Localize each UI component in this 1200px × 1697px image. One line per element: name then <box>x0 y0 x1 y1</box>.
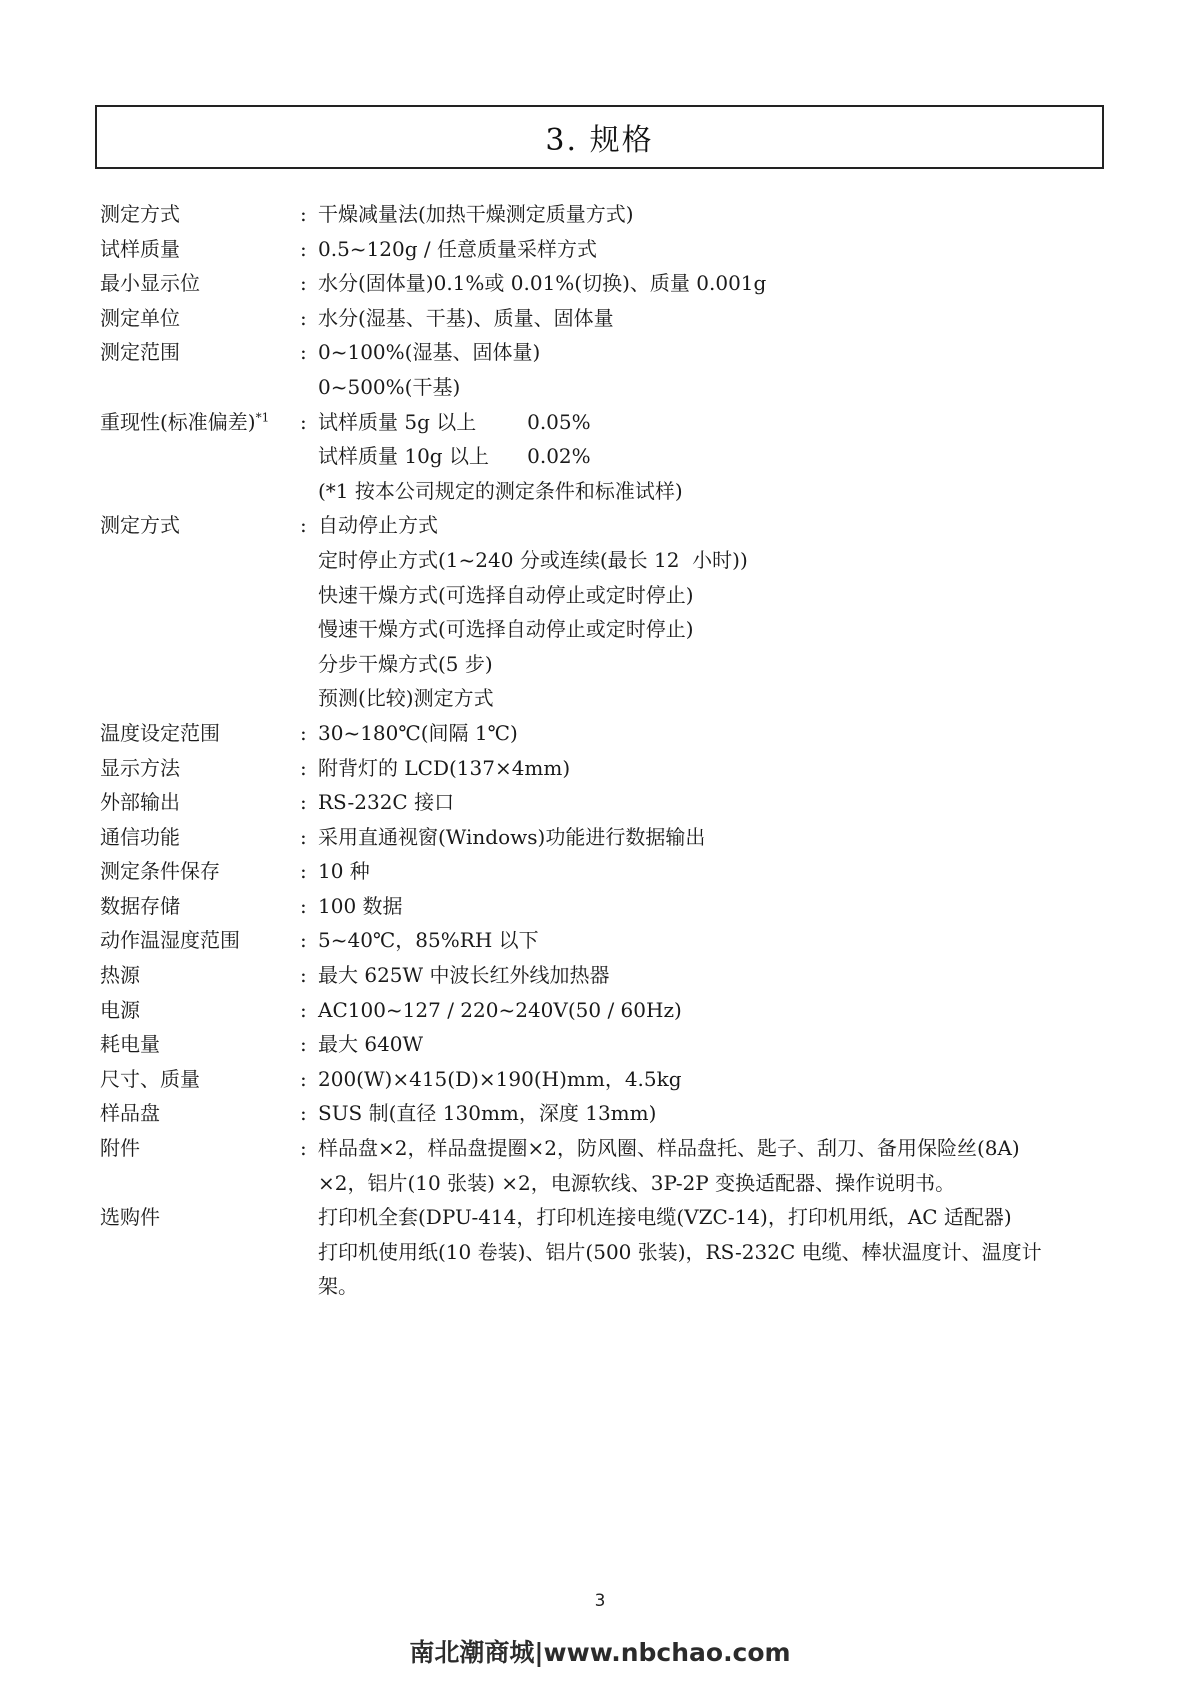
spec-value-line: 0~100%(湿基、固体量) <box>318 335 1112 370</box>
spec-value: 样品盘×2，样品盘提圈×2，防风圈、样品盘托、匙子、刮刀、备用保险丝(8A)×2… <box>318 1131 1112 1200</box>
spec-label: 显示方法 <box>100 751 300 786</box>
spec-row: 尺寸、质量 : 200(W)×415(D)×190(H)mm，4.5kg <box>100 1062 1112 1097</box>
spec-label: 选购件 <box>100 1200 300 1235</box>
spec-colon: : <box>300 232 318 267</box>
spec-colon: : <box>300 993 318 1028</box>
spec-value-line: (*1 按本公司规定的测定条件和标准试样) <box>318 474 1112 509</box>
spec-colon: : <box>300 335 318 370</box>
spec-value-line: 0~500%(干基) <box>318 370 1112 405</box>
spec-value: 最大 625W 中波长红外线加热器 <box>318 958 1112 993</box>
spec-colon: : <box>300 958 318 993</box>
section-title: 3. 规格 <box>545 115 653 159</box>
spec-value: 200(W)×415(D)×190(H)mm，4.5kg <box>318 1062 1112 1097</box>
spec-colon: : <box>300 197 318 232</box>
spec-label: 最小显示位 <box>100 266 300 301</box>
spec-label: 动作温湿度范围 <box>100 923 300 958</box>
spec-value: 附背灯的 LCD(137×4mm) <box>318 751 1112 786</box>
spec-value-line: 分步干燥方式(5 步) <box>318 647 1112 682</box>
spec-colon: : <box>300 785 318 820</box>
spec-value-line: 样品盘×2，样品盘提圈×2，防风圈、样品盘托、匙子、刮刀、备用保险丝(8A) <box>318 1131 1112 1166</box>
spec-value-line: RS-232C 接口 <box>318 785 1112 820</box>
spec-value-line: SUS 制(直径 130mm，深度 13mm) <box>318 1096 1112 1131</box>
spec-value: SUS 制(直径 130mm，深度 13mm) <box>318 1096 1112 1131</box>
spec-value-line: 采用直通视窗(Windows)功能进行数据输出 <box>318 820 1112 855</box>
spec-value-line: 自动停止方式 <box>318 508 1112 543</box>
spec-value-line: 打印机使用纸(10 卷装)、铝片(500 张装)，RS-232C 电缆、棒状温度… <box>318 1235 1112 1270</box>
spec-row: 电源 : AC100~127 / 220~240V(50 / 60Hz) <box>100 993 1112 1028</box>
spec-colon: : <box>300 1096 318 1131</box>
spec-value-line: 快速干燥方式(可选择自动停止或定时停止) <box>318 578 1112 613</box>
spec-colon: : <box>300 1027 318 1062</box>
spec-value-line: 最大 625W 中波长红外线加热器 <box>318 958 1112 993</box>
spec-value: 打印机全套(DPU-414，打印机连接电缆(VZC-14)，打印机用纸，AC 适… <box>318 1200 1112 1304</box>
spec-value-line: 水分(湿基、干基)、质量、固体量 <box>318 301 1112 336</box>
spec-row: 显示方法 : 附背灯的 LCD(137×4mm) <box>100 751 1112 786</box>
spec-value-line: 干燥减量法(加热干燥测定质量方式) <box>318 197 1112 232</box>
spec-row: 测定方式 : 干燥减量法(加热干燥测定质量方式) <box>100 197 1112 232</box>
spec-row: 测定范围 : 0~100%(湿基、固体量)0~500%(干基) <box>100 335 1112 404</box>
spec-value: 0~100%(湿基、固体量)0~500%(干基) <box>318 335 1112 404</box>
spec-row: 数据存储 : 100 数据 <box>100 889 1112 924</box>
spec-label: 测定范围 <box>100 335 300 370</box>
spec-list: 测定方式 : 干燥减量法(加热干燥测定质量方式) 试样质量 : 0.5~120g… <box>100 197 1112 1304</box>
spec-row: 耗电量 : 最大 640W <box>100 1027 1112 1062</box>
spec-colon: : <box>300 266 318 301</box>
spec-colon: : <box>300 716 318 751</box>
spec-value-line: 架。 <box>318 1269 1112 1304</box>
spec-label: 测定方式 <box>100 508 300 543</box>
page-number: 3 <box>0 1591 1200 1611</box>
spec-label: 测定方式 <box>100 197 300 232</box>
spec-value: 水分(固体量)0.1%或 0.01%(切换)、质量 0.001g <box>318 266 1112 301</box>
spec-value: 水分(湿基、干基)、质量、固体量 <box>318 301 1112 336</box>
spec-row: 温度设定范围 : 30~180℃(间隔 1℃) <box>100 716 1112 751</box>
spec-value: 100 数据 <box>318 889 1112 924</box>
spec-row: 测定方式 : 自动停止方式定时停止方式(1~240 分或连续(最长 12 小时)… <box>100 508 1112 716</box>
spec-value-line: 10 种 <box>318 854 1112 889</box>
spec-label: 测定单位 <box>100 301 300 336</box>
spec-row: 外部输出 : RS-232C 接口 <box>100 785 1112 820</box>
document-page: 3. 规格 测定方式 : 干燥减量法(加热干燥测定质量方式) 试样质量 : 0.… <box>0 0 1200 1697</box>
spec-label: 电源 <box>100 993 300 1028</box>
spec-label: 热源 <box>100 958 300 993</box>
spec-value: 采用直通视窗(Windows)功能进行数据输出 <box>318 820 1112 855</box>
section-title-box: 3. 规格 <box>95 105 1104 169</box>
spec-row: 试样质量 : 0.5~120g / 任意质量采样方式 <box>100 232 1112 267</box>
spec-value: 5~40℃，85%RH 以下 <box>318 923 1112 958</box>
footer-watermark: 南北潮商城|www.nbchao.com <box>0 1633 1200 1669</box>
spec-value: 30~180℃(间隔 1℃) <box>318 716 1112 751</box>
spec-colon: : <box>300 751 318 786</box>
spec-value-line: 定时停止方式(1~240 分或连续(最长 12 小时)) <box>318 543 1112 578</box>
spec-row: 测定单位 : 水分(湿基、干基)、质量、固体量 <box>100 301 1112 336</box>
spec-row: 重现性(标准偏差)*1 : 试样质量 5g 以上 0.05%试样质量 10g 以… <box>100 405 1112 509</box>
spec-row: 最小显示位 : 水分(固体量)0.1%或 0.01%(切换)、质量 0.001g <box>100 266 1112 301</box>
spec-row: 动作温湿度范围 : 5~40℃，85%RH 以下 <box>100 923 1112 958</box>
spec-value-line: 试样质量 10g 以上 0.02% <box>318 439 1112 474</box>
spec-value: RS-232C 接口 <box>318 785 1112 820</box>
spec-colon: : <box>300 405 318 440</box>
spec-label: 测定条件保存 <box>100 854 300 889</box>
spec-value-line: 预测(比较)测定方式 <box>318 681 1112 716</box>
spec-colon: : <box>300 1131 318 1166</box>
spec-row: 样品盘 : SUS 制(直径 130mm，深度 13mm) <box>100 1096 1112 1131</box>
spec-colon: : <box>300 1062 318 1097</box>
spec-row: 选购件 打印机全套(DPU-414，打印机连接电缆(VZC-14)，打印机用纸，… <box>100 1200 1112 1304</box>
spec-value: 0.5~120g / 任意质量采样方式 <box>318 232 1112 267</box>
spec-value: AC100~127 / 220~240V(50 / 60Hz) <box>318 993 1112 1028</box>
spec-colon: : <box>300 854 318 889</box>
spec-value-line: 最大 640W <box>318 1027 1112 1062</box>
spec-label: 温度设定范围 <box>100 716 300 751</box>
spec-label: 通信功能 <box>100 820 300 855</box>
spec-label: 试样质量 <box>100 232 300 267</box>
spec-value-line: 慢速干燥方式(可选择自动停止或定时停止) <box>318 612 1112 647</box>
spec-row: 热源 : 最大 625W 中波长红外线加热器 <box>100 958 1112 993</box>
spec-colon: : <box>300 889 318 924</box>
spec-row: 测定条件保存 : 10 种 <box>100 854 1112 889</box>
spec-value-line: 100 数据 <box>318 889 1112 924</box>
spec-label: 数据存储 <box>100 889 300 924</box>
spec-value: 10 种 <box>318 854 1112 889</box>
spec-colon: : <box>300 508 318 543</box>
spec-row: 附件 : 样品盘×2，样品盘提圈×2，防风圈、样品盘托、匙子、刮刀、备用保险丝(… <box>100 1131 1112 1200</box>
spec-value-line: 0.5~120g / 任意质量采样方式 <box>318 232 1112 267</box>
spec-label: 耗电量 <box>100 1027 300 1062</box>
spec-label: 样品盘 <box>100 1096 300 1131</box>
spec-value-line: 200(W)×415(D)×190(H)mm，4.5kg <box>318 1062 1112 1097</box>
spec-value-line: 30~180℃(间隔 1℃) <box>318 716 1112 751</box>
spec-value: 试样质量 5g 以上 0.05%试样质量 10g 以上 0.02%(*1 按本公… <box>318 405 1112 509</box>
spec-value-line: ×2，铝片(10 张装) ×2，电源软线、3P-2P 变换适配器、操作说明书。 <box>318 1166 1112 1201</box>
spec-label: 尺寸、质量 <box>100 1062 300 1097</box>
spec-value-line: 试样质量 5g 以上 0.05% <box>318 405 1112 440</box>
spec-label: 外部输出 <box>100 785 300 820</box>
spec-colon: : <box>300 820 318 855</box>
spec-colon: : <box>300 923 318 958</box>
spec-value: 最大 640W <box>318 1027 1112 1062</box>
spec-value-line: AC100~127 / 220~240V(50 / 60Hz) <box>318 993 1112 1028</box>
spec-row: 通信功能 : 采用直通视窗(Windows)功能进行数据输出 <box>100 820 1112 855</box>
spec-value-line: 附背灯的 LCD(137×4mm) <box>318 751 1112 786</box>
spec-label: 重现性(标准偏差)*1 <box>100 405 300 440</box>
spec-value-line: 5~40℃，85%RH 以下 <box>318 923 1112 958</box>
spec-value: 自动停止方式定时停止方式(1~240 分或连续(最长 12 小时))快速干燥方式… <box>318 508 1112 716</box>
spec-value-line: 水分(固体量)0.1%或 0.01%(切换)、质量 0.001g <box>318 266 1112 301</box>
spec-value: 干燥减量法(加热干燥测定质量方式) <box>318 197 1112 232</box>
spec-label-superscript: *1 <box>256 410 270 424</box>
spec-colon: : <box>300 301 318 336</box>
spec-value-line: 打印机全套(DPU-414，打印机连接电缆(VZC-14)，打印机用纸，AC 适… <box>318 1200 1112 1235</box>
spec-label: 附件 <box>100 1131 300 1166</box>
